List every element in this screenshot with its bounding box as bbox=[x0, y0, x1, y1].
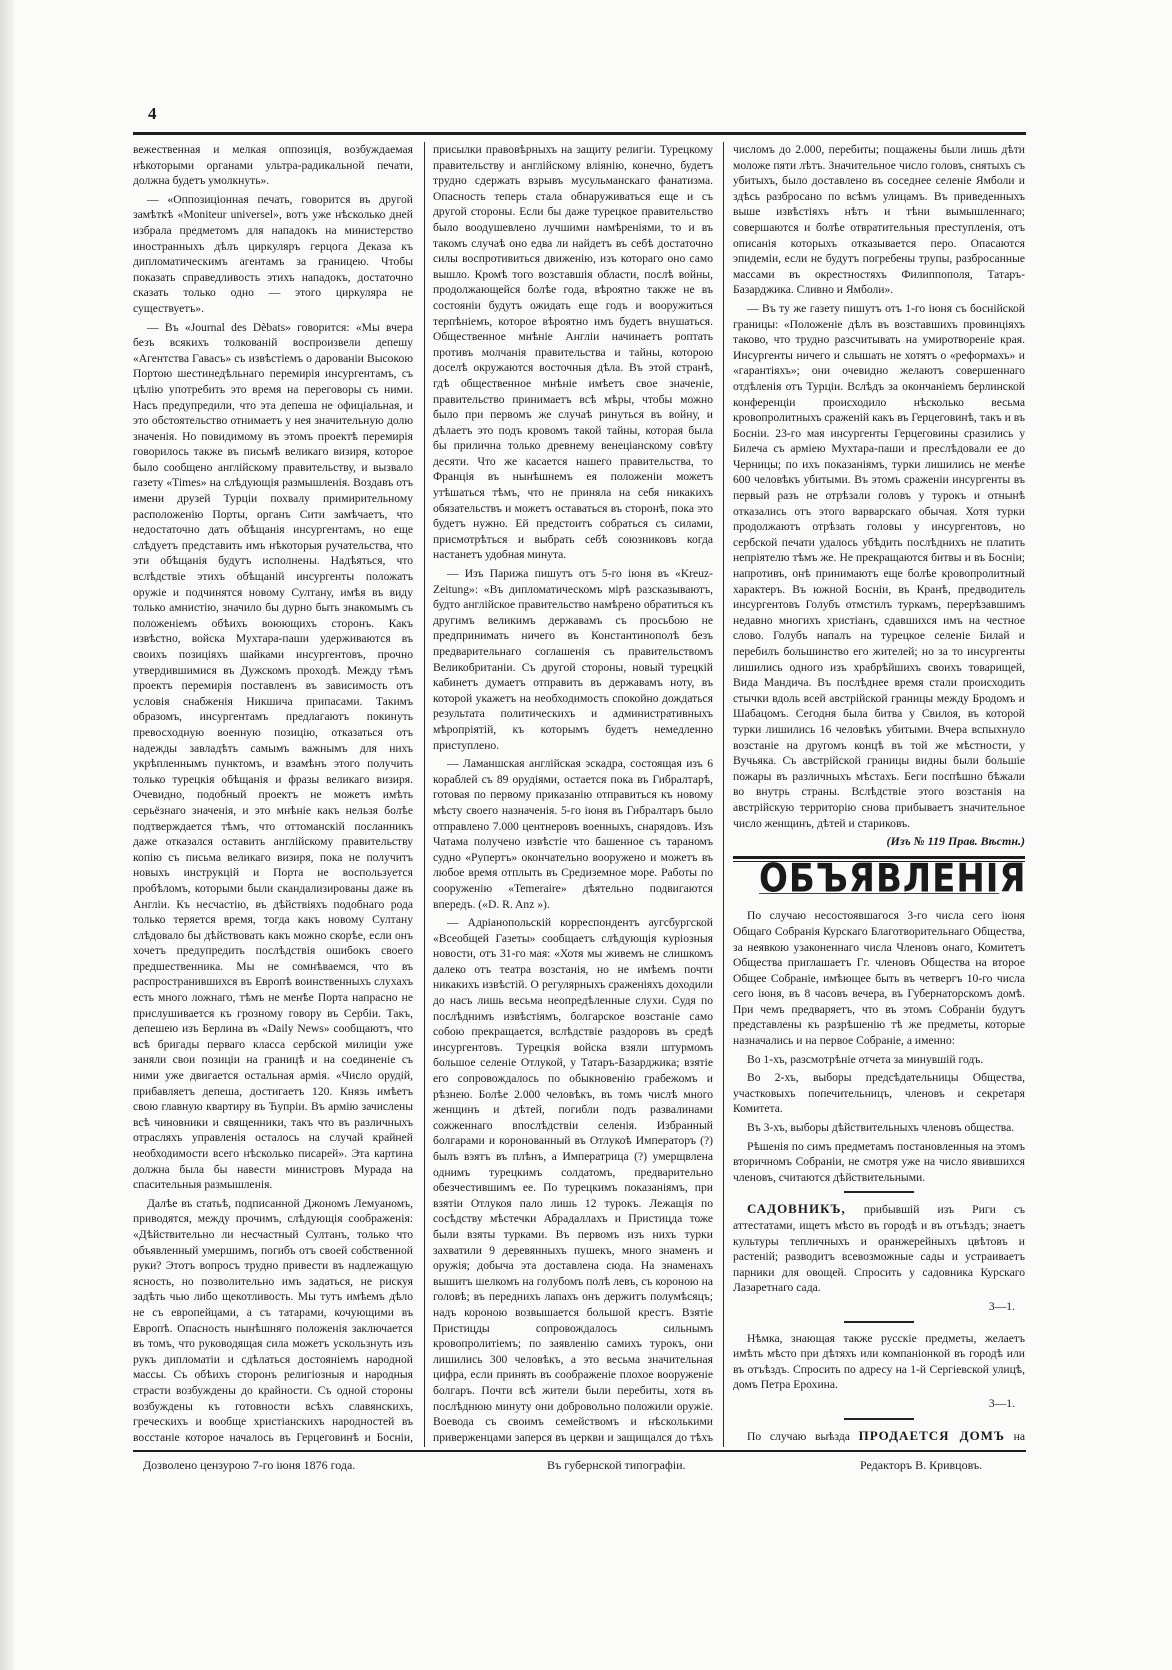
article-paragraph: — Въ ту же газету пишутъ отъ 1-го іюня с… bbox=[733, 301, 1025, 831]
article-paragraph: — Ламаншская англійская эскадра, состоящ… bbox=[433, 756, 713, 912]
ad-prefix: По случаю выѣзда bbox=[747, 1430, 850, 1443]
header-rule bbox=[133, 132, 1026, 135]
ad-text: САДОВНИКЪ, прибывшій изъ Риги съ аттеста… bbox=[733, 1201, 1025, 1296]
ad-list-item: Въ 3-хъ, выборы дѣйствительныхъ членовъ … bbox=[733, 1120, 1025, 1136]
ad-gardener: САДОВНИКЪ, прибывшій изъ Риги съ аттеста… bbox=[733, 1201, 1025, 1314]
ad-meeting: По случаю несостоявшагося 3-го числа сег… bbox=[733, 908, 1025, 1185]
column-divider bbox=[424, 142, 425, 1447]
column-2: присылки правовѣрныхъ на защиту религіи.… bbox=[433, 142, 713, 1447]
ad-separator bbox=[844, 1191, 914, 1193]
article-source: (Изъ № 119 Прав. Вѣстн.) bbox=[733, 834, 1025, 850]
printer-note: Въ губернской типографіи. bbox=[547, 1458, 686, 1473]
article-paragraph: вежественная и мелкая оппозиція, возбужд… bbox=[133, 142, 413, 189]
ad-headline: САДОВНИКЪ, bbox=[747, 1201, 846, 1216]
article-paragraph: числомъ до 2.000, перебиты; пощажены был… bbox=[733, 142, 1025, 298]
article-paragraph: — «Оппозиціонная печать, говорится въ др… bbox=[133, 192, 413, 317]
ad-house-sale: По случаю выѣзда ПРОДАЕТСЯ ДОМЪ на Моско… bbox=[733, 1428, 1025, 1447]
page-number: 4 bbox=[148, 104, 157, 124]
editor-note: Редакторъ В. Кривцовъ. bbox=[860, 1458, 982, 1473]
ad-text: Нѣмка, знающая также русскіе предметы, ж… bbox=[733, 1331, 1025, 1393]
ad-separator bbox=[844, 1418, 914, 1420]
ad-governess: Нѣмка, знающая также русскіе предметы, ж… bbox=[733, 1331, 1025, 1412]
article-paragraph: — Адріанопольскій корреспондентъ аугсбур… bbox=[433, 915, 713, 1447]
ad-list-item: Во 2-хъ, выборы предсѣдательницы Обществ… bbox=[733, 1070, 1025, 1117]
ad-insertion-count: 3—1. bbox=[733, 1299, 1025, 1315]
column-divider bbox=[723, 142, 724, 1447]
article-paragraph: — Изъ Парижа пишутъ отъ 5-го іюня въ «Kr… bbox=[433, 566, 713, 753]
article-paragraph: присылки правовѣрныхъ на защиту религіи.… bbox=[433, 142, 713, 563]
ad-body: прибывшій изъ Риги съ аттестатами, ищетъ… bbox=[733, 1203, 1025, 1294]
ad-headline: ПРОДАЕТСЯ ДОМЪ bbox=[859, 1428, 1005, 1443]
ad-text: По случаю несостоявшагося 3-го числа сег… bbox=[733, 908, 1025, 1048]
censor-note: Дозволено цензурою 7-го іюня 1876 года. bbox=[143, 1458, 355, 1473]
newspaper-page: 4 вежественная и мелкая оппозиція, возбу… bbox=[0, 0, 1172, 1670]
ad-text: Рѣшенія по симъ предметамъ постановленны… bbox=[733, 1139, 1025, 1186]
footer-rule bbox=[133, 1450, 1026, 1452]
column-1: вежественная и мелкая оппозиція, возбужд… bbox=[133, 142, 413, 1447]
ad-text: По случаю выѣзда ПРОДАЕТСЯ ДОМЪ на Моско… bbox=[733, 1428, 1025, 1447]
ad-insertion-count: 3—1. bbox=[733, 1396, 1025, 1412]
article-paragraph: Далѣе въ статьѣ, подписанной Джономъ Лем… bbox=[133, 1196, 413, 1447]
column-3: числомъ до 2.000, перебиты; пощажены был… bbox=[733, 142, 1025, 1447]
ad-list-item: Во 1-хъ, разсмотрѣніе отчета за минувшій… bbox=[733, 1052, 1025, 1068]
page-edge bbox=[0, 0, 14, 1670]
ad-separator bbox=[844, 1321, 914, 1323]
article-paragraph: — Въ «Journal des Dèbats» говорится: «Мы… bbox=[133, 320, 413, 1193]
ads-section-title: ОБЪЯВЛЕНІЯ bbox=[759, 871, 1025, 889]
